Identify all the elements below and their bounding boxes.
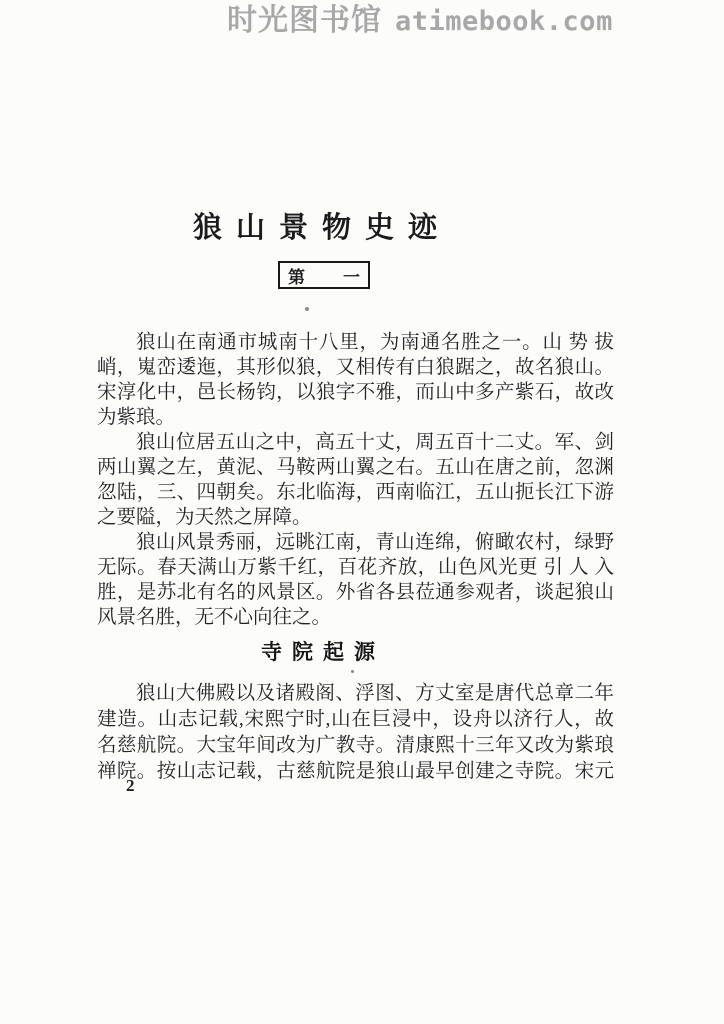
text-line: 峭，嵬峦逶迤，其形似狼，又相传有白狼踞之，故名狼山。 — [97, 355, 614, 380]
text-line: 胜，是苏北有名的风景区。外省各县莅通参观者，谈起狼山 — [97, 580, 614, 605]
chapter-box-right-char: 一 — [343, 263, 360, 288]
text-line: 禅院。按山志记载，古慈航院是狼山最早创建之寺院。宋元 — [97, 759, 614, 785]
text-line: 狼山大佛殿以及诸殿阁、浮图、方丈室是唐代总章二年 — [97, 681, 614, 707]
text-line: 宋淳化中，邑长杨钧，以狼字不雅，而山中多产紫石，故改 — [97, 380, 614, 405]
text-line: 名慈航院。大宝年间改为广教寺。清康熙十三年又改为紫琅 — [97, 733, 614, 759]
paragraph-4: 狼山大佛殿以及诸殿阁、浮图、方丈室是唐代总章二年 建造。山志记载,宋熙宁时,山在… — [97, 681, 614, 785]
chapter-box-left-char: 第 — [288, 263, 305, 288]
text-line: 狼山位居五山之中，高五十丈，周五百十二丈。军、剑 — [97, 430, 614, 455]
text-line: 狼山在南通市城南十八里，为南通名胜之一。山 势 拔 — [97, 330, 614, 355]
watermark-chinese-label: 时光图书馆 — [227, 5, 382, 37]
paragraph-2: 狼山位居五山之中，高五十丈，周五百十二丈。军、剑 两山翼之左，黄泥、马鞍两山翼之… — [97, 430, 614, 530]
text-line: 建造。山志记载,宋熙宁时,山在巨浸中，设舟以济行人，故 — [97, 707, 614, 733]
watermark-site-url: atimebook.com — [395, 5, 613, 38]
text-line: 风景名胜，无不心向往之。 — [97, 605, 614, 630]
text-line: 为紫琅。 — [97, 405, 614, 430]
page-number: 2 — [126, 776, 135, 796]
section-heading: 寺院起源 — [261, 636, 385, 666]
text-line: 忽陆，三、四朝矣。东北临海，西南临江，五山扼长江下游 — [97, 480, 614, 505]
text-line: 狼山风景秀丽，远眺江南，青山连绵，俯瞰农村，绿野 — [97, 530, 614, 555]
text-line: 之要隘，为天然之屏障。 — [97, 505, 614, 530]
watermark-header: 时光图书馆 atimebook.com — [227, 5, 613, 38]
chapter-number-box: 第 一 — [278, 261, 370, 289]
paragraph-1: 狼山在南通市城南十八里，为南通名胜之一。山 势 拔 峭，嵬峦逶迤，其形似狼，又相… — [97, 330, 614, 430]
ink-speck — [351, 670, 354, 673]
ink-speck — [305, 307, 309, 311]
scanned-book-page: 时光图书馆 atimebook.com 狼山景物史迹 第 一 狼山在南通市城南十… — [0, 0, 724, 1024]
text-line: 无际。春天满山万紫千红，百花齐放，山色风光更 引 人 入 — [97, 555, 614, 580]
paragraph-3: 狼山风景秀丽，远眺江南，青山连绵，俯瞰农村，绿野 无际。春天满山万紫千红，百花齐… — [97, 530, 614, 630]
page-title: 狼山景物史迹 — [193, 205, 451, 246]
text-line: 两山翼之左，黄泥、马鞍两山翼之右。五山在唐之前，忽渊 — [97, 455, 614, 480]
